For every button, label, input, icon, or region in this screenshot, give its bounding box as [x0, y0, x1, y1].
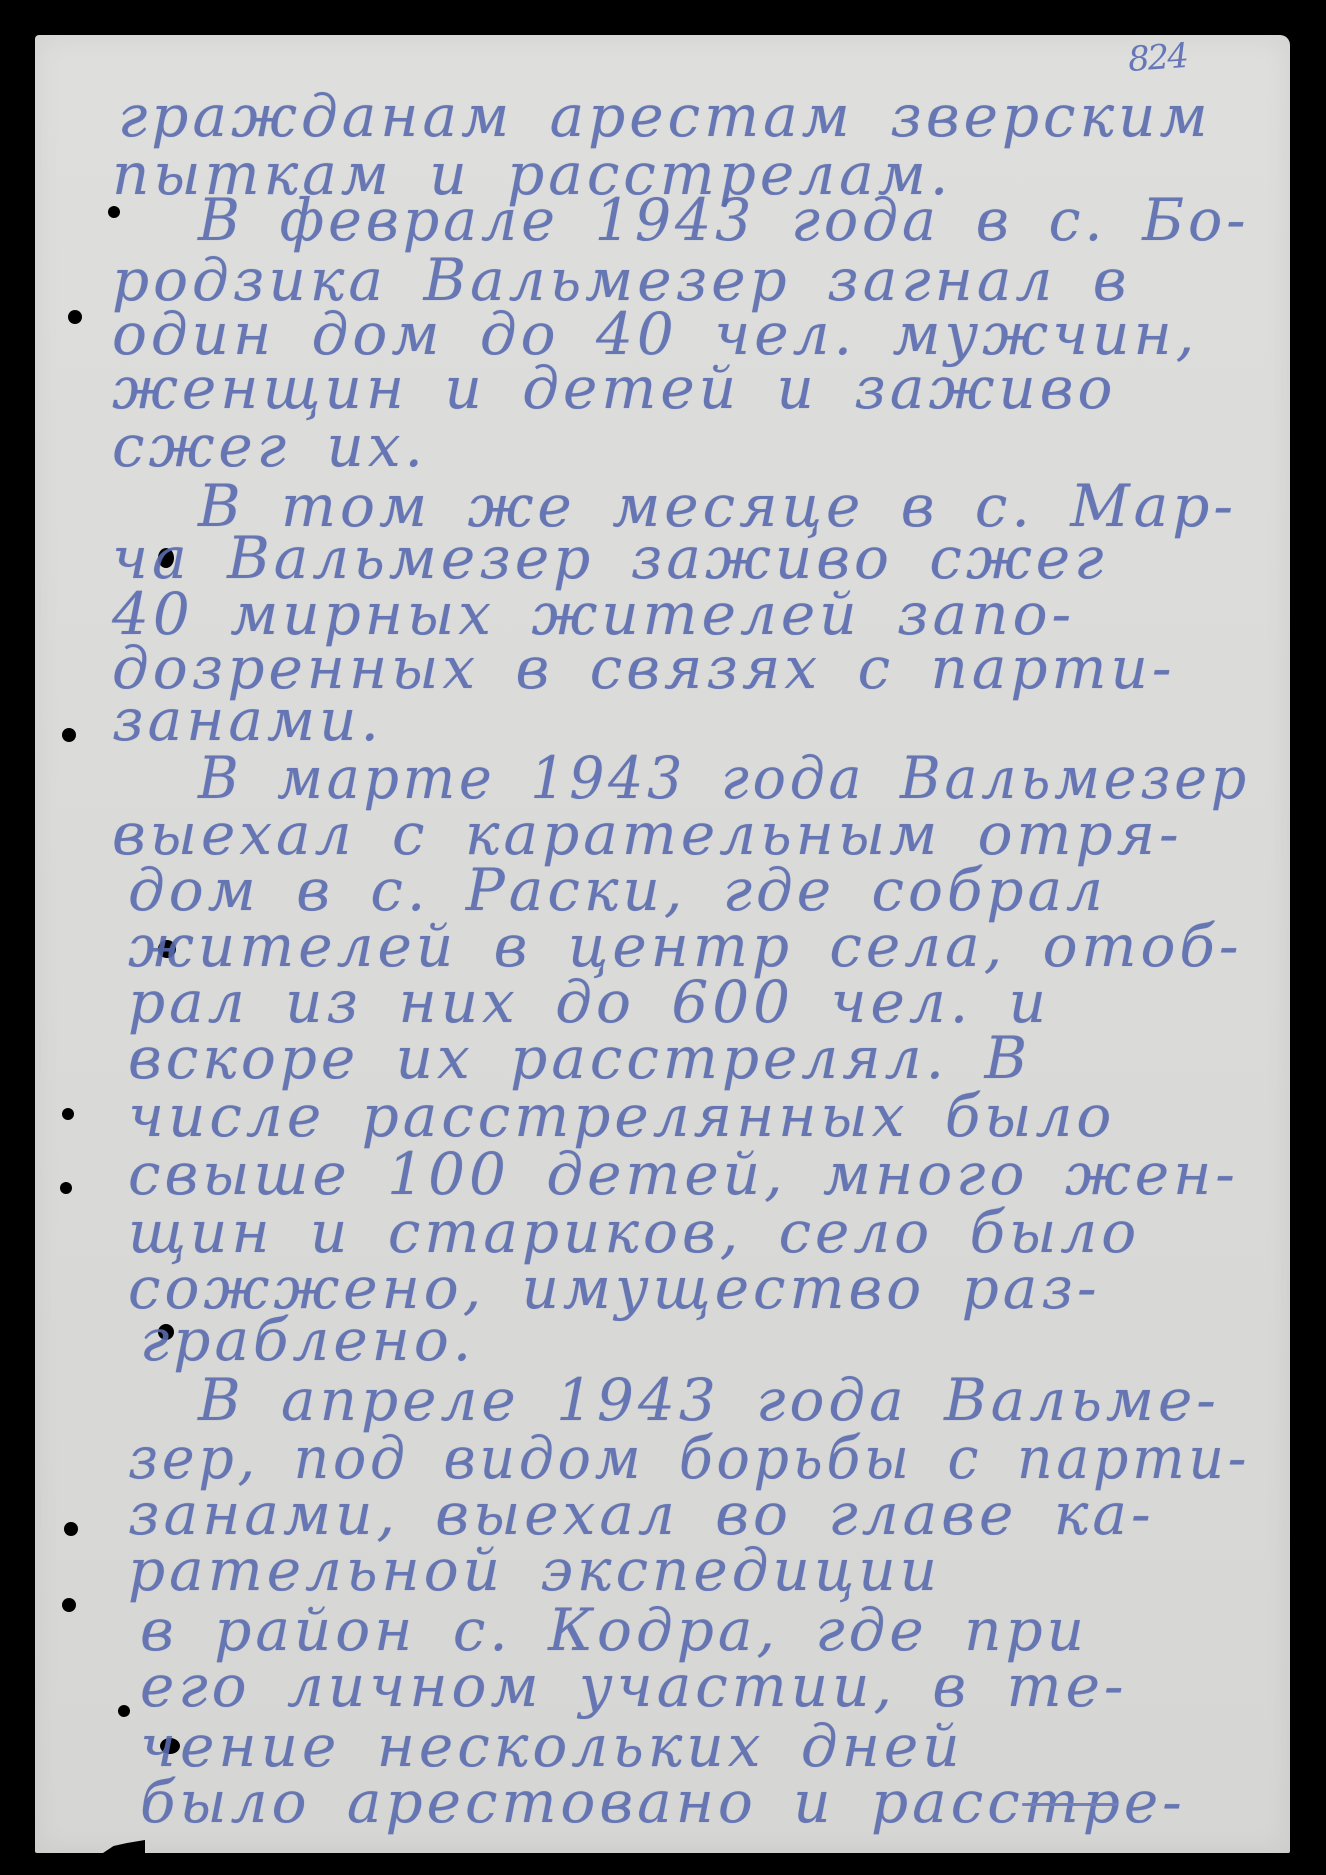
ink-underline-stroke — [1022, 1803, 1118, 1806]
punch-hole — [62, 728, 76, 742]
text-line: сжег их. — [112, 412, 427, 480]
punch-hole — [118, 1705, 130, 1717]
punch-hole — [62, 1108, 74, 1120]
punch-hole — [64, 1522, 78, 1536]
text-line: граблено. — [140, 1306, 475, 1374]
text-line: было арестовано и расстре- — [140, 1768, 1186, 1836]
text-line: его личном участии, в те- — [140, 1652, 1127, 1720]
folio-number: 824 — [1127, 36, 1189, 80]
text-line: В феврале 1943 года в с. Бо- — [198, 186, 1249, 254]
punch-hole — [62, 1598, 76, 1612]
punch-hole — [60, 1182, 72, 1194]
text-line: рательной экспедиции — [128, 1536, 941, 1604]
punch-hole — [68, 310, 82, 324]
